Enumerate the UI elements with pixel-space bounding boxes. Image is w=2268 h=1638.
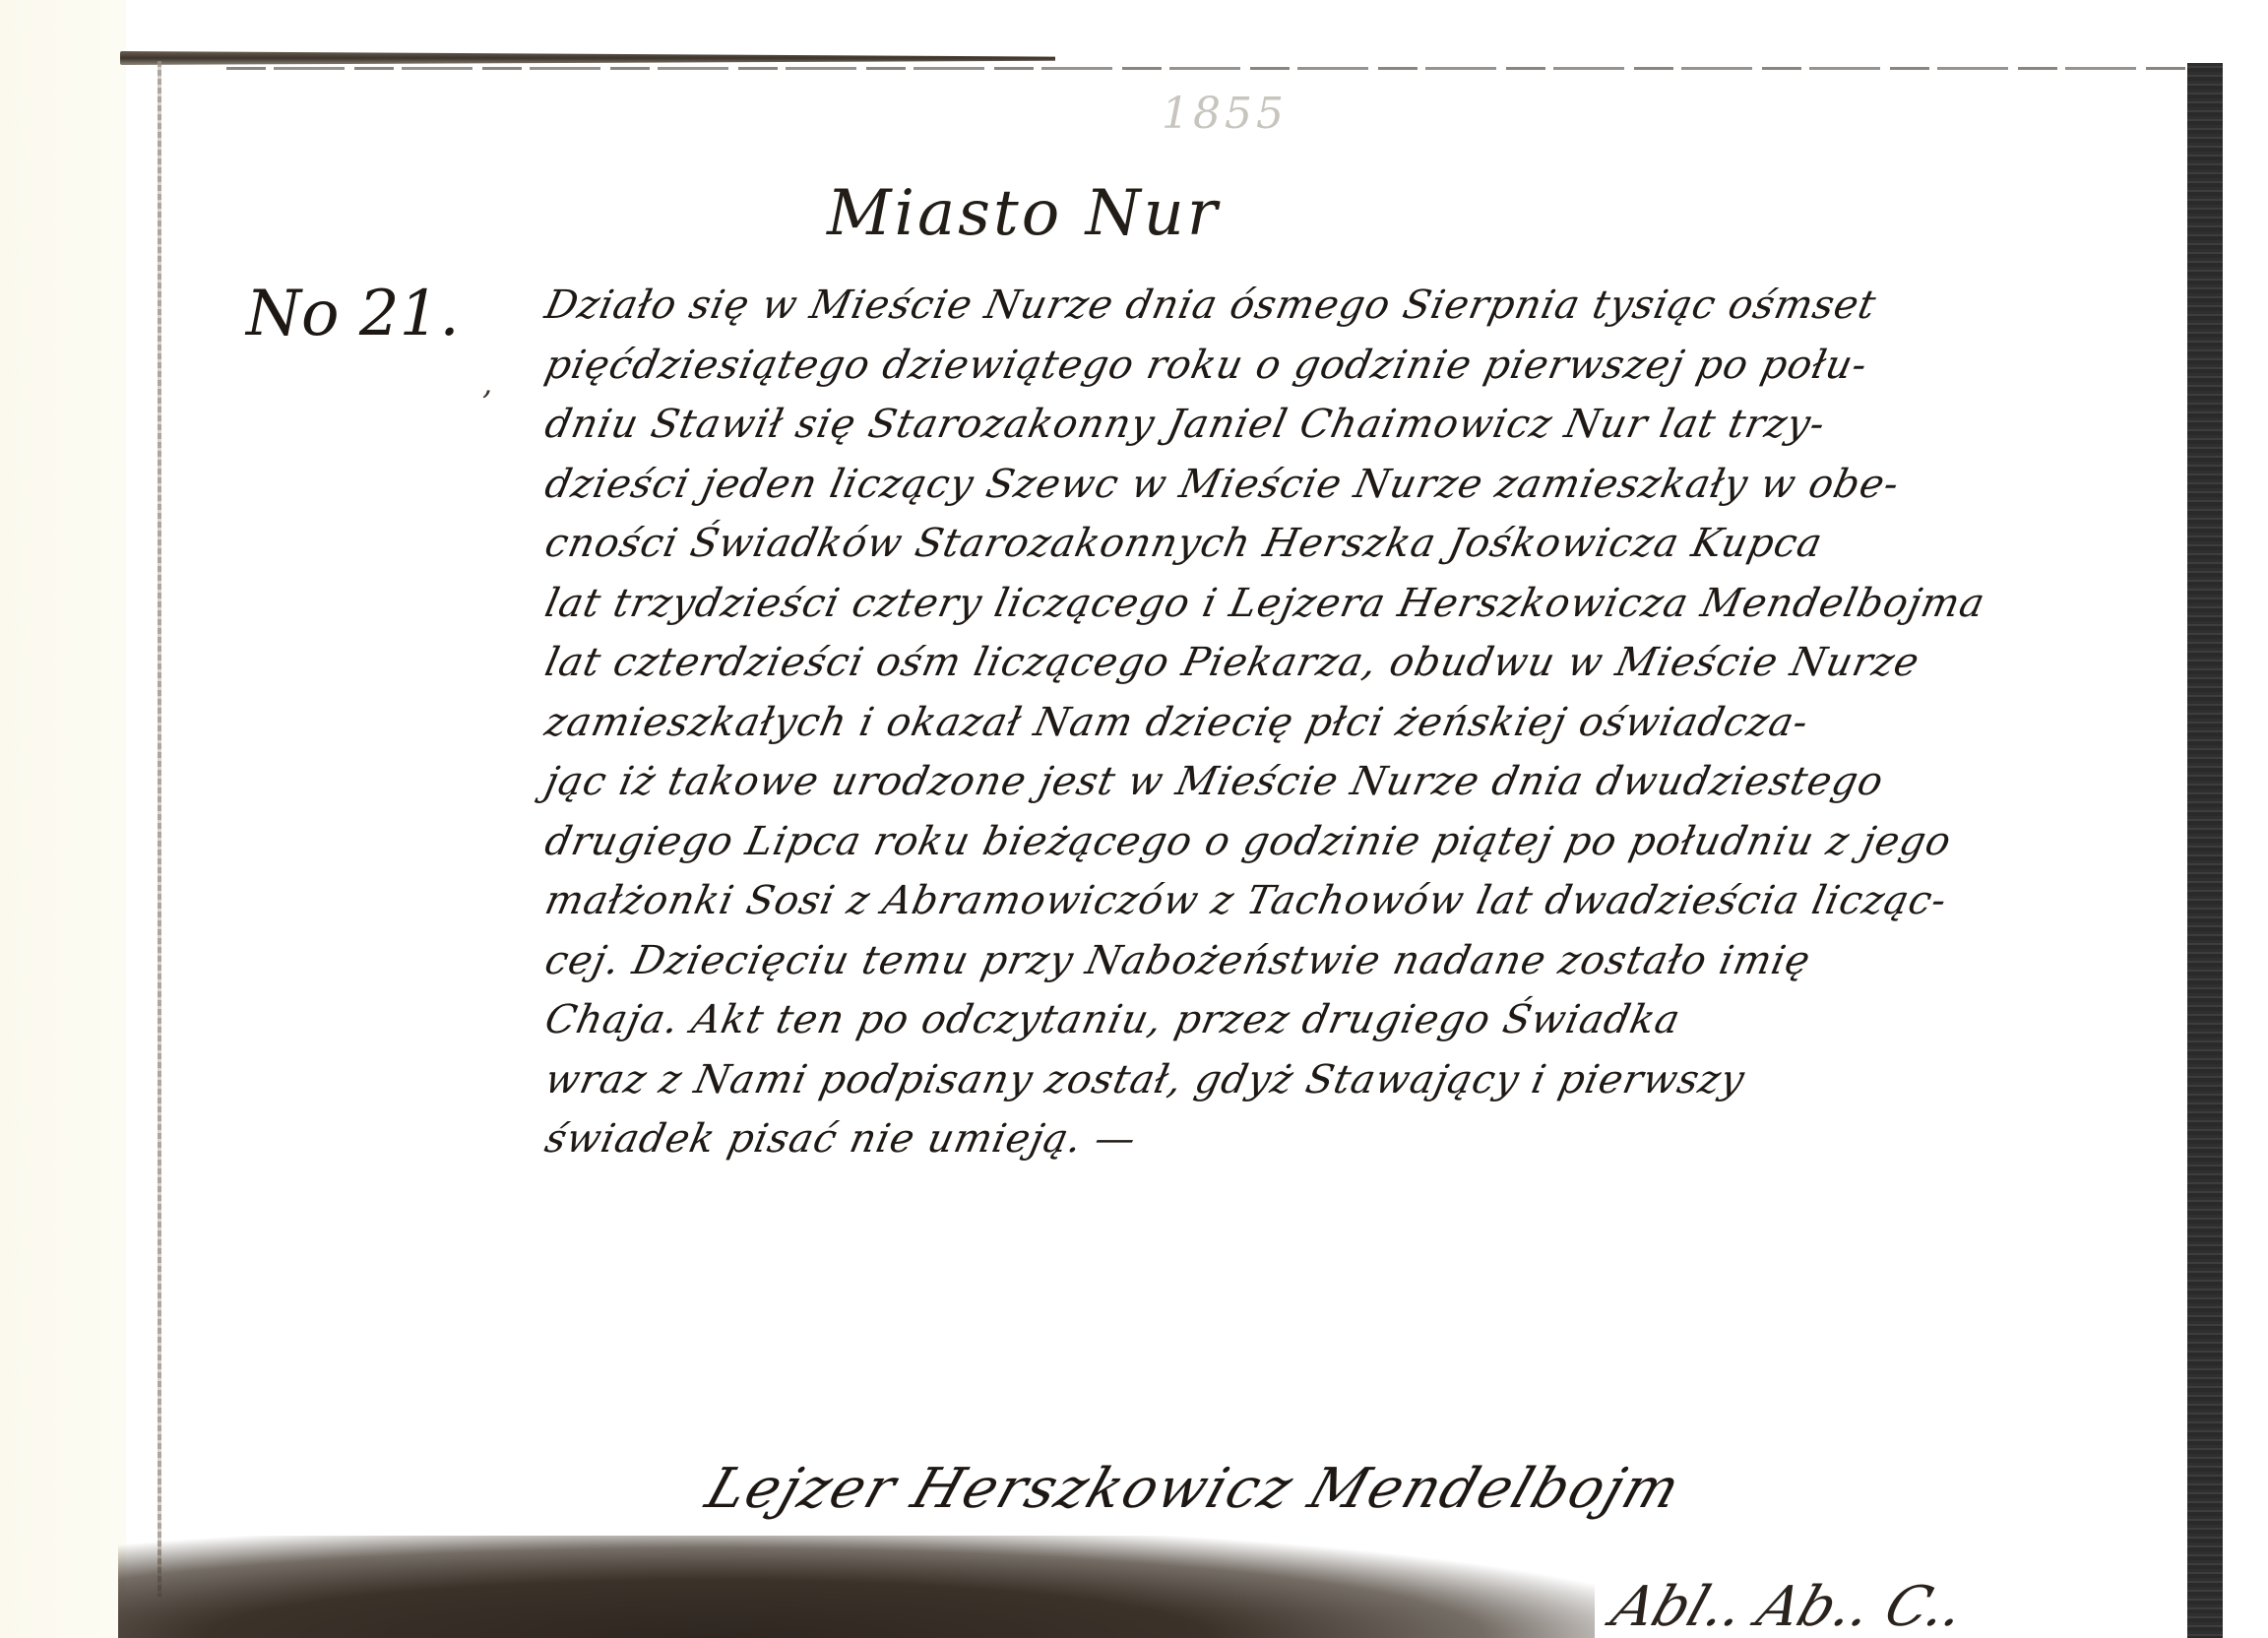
record-line: dzieści jeden liczący Szewc w Mieście Nu… — [539, 455, 2186, 515]
record-line: wraz z Nami podpisany został, gdyż Stawa… — [539, 1050, 2186, 1110]
margin-tick: , — [482, 364, 492, 402]
witness-signature: Lejzer Herszkowicz Mendelbojm — [698, 1457, 1689, 1521]
record-line: lat czterdzieści ośm liczącego Piekarza,… — [539, 633, 2186, 693]
official-signature-partial: Abl.. Ab.. C.. — [1604, 1575, 1973, 1638]
record-line: Chaja. Akt ten po odczytaniu, przez drug… — [539, 990, 2186, 1050]
record-line: drugiego Lipca roku bieżącego o godzinie… — [539, 812, 2186, 872]
record-line: dniu Stawił się Starozakonny Janiel Chai… — [539, 395, 2186, 455]
page-title: Miasto Nur — [827, 177, 1220, 250]
left-margin-line — [157, 61, 161, 1597]
record-line: świadek pisać nie umieją. — — [539, 1109, 2186, 1169]
binding-shadow-bar — [2187, 63, 2223, 1638]
scan-margin — [0, 0, 126, 1638]
record-line: Działo się w Mieście Nurze dnia ósmego S… — [539, 276, 2186, 336]
faint-header-year: 1855 — [1162, 89, 1288, 139]
record-body: Działo się w Mieście Nurze dnia ósmego S… — [539, 276, 2173, 1169]
record-line: jąc iż takowe urodzone jest w Mieście Nu… — [539, 752, 2186, 812]
entry-number: No 21. — [246, 278, 460, 350]
record-line: małżonki Sosi z Abramowiczów z Tachowów … — [539, 871, 2186, 931]
bottom-smudge — [118, 1536, 1595, 1638]
record-line: lat trzydzieści cztery liczącego i Lejze… — [539, 574, 2186, 634]
top-ruled-line — [226, 67, 2195, 70]
record-line: cej. Dziecięciu temu przy Nabożeństwie n… — [539, 931, 2186, 991]
record-line: cności Świadków Starozakonnych Herszka J… — [539, 514, 2186, 574]
record-line: zamieszkałych i okazał Nam dziecię płci … — [539, 693, 2186, 753]
record-line: pięćdziesiątego dziewiątego roku o godzi… — [539, 336, 2186, 396]
